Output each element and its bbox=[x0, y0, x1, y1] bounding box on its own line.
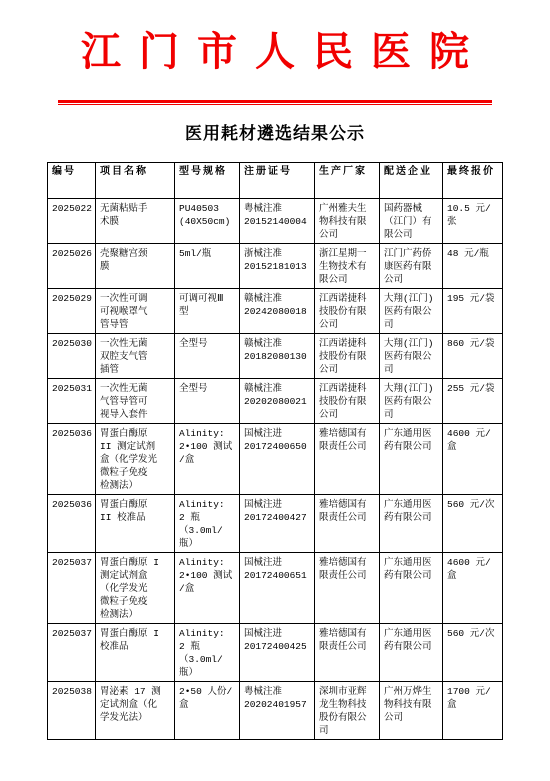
column-header-number: 编号 bbox=[48, 163, 96, 199]
final-price-cell: 4600 元/ 盒 bbox=[443, 553, 503, 624]
final-price-cell: 10.5 元/ 张 bbox=[443, 199, 503, 244]
final-price-cell: 560 元/次 bbox=[443, 495, 503, 553]
table-row: 2025038 胃泌素 17 测 定试剂盒（化 学发光法） 2•50 人份/ 盒… bbox=[48, 682, 503, 740]
manufacturer-cell: 广州雅夫生 物科技有限 公司 bbox=[315, 199, 380, 244]
final-price-cell: 195 元/袋 bbox=[443, 289, 503, 334]
distributor-cell: 广东通用医 药有限公司 bbox=[380, 553, 443, 624]
table-row: 2025036 胃蛋白酶原 II 校准品 Alinity: 2 瓶 （3.0ml… bbox=[48, 495, 503, 553]
model-spec-cell: Alinity: 2 瓶 （3.0ml/ 瓶） bbox=[175, 624, 240, 682]
project-name-cell: 一次性无菌 气管导管可 视导入套件 bbox=[96, 379, 175, 424]
registration-number-cell: 浙械注准 20152181013 bbox=[240, 244, 315, 289]
column-header-final-price: 最终报价 bbox=[443, 163, 503, 199]
manufacturer-cell: 江西诺捷科 技股份有限 公司 bbox=[315, 334, 380, 379]
manufacturer-cell: 雅培德国有 限责任公司 bbox=[315, 495, 380, 553]
registration-number-cell: 赣械注准 20182080130 bbox=[240, 334, 315, 379]
model-spec-cell: 5ml/瓶 bbox=[175, 244, 240, 289]
final-price-cell: 48 元/瓶 bbox=[443, 244, 503, 289]
final-price-cell: 560 元/次 bbox=[443, 624, 503, 682]
registration-number-cell: 国械注进 20172400650 bbox=[240, 424, 315, 495]
distributor-cell: 大翔(江门) 医药有限公 司 bbox=[380, 289, 443, 334]
registration-number-cell: 赣械注准 20202080021 bbox=[240, 379, 315, 424]
final-price-cell: 4600 元/ 盒 bbox=[443, 424, 503, 495]
final-price-cell: 860 元/袋 bbox=[443, 334, 503, 379]
manufacturer-cell: 雅培德国有 限责任公司 bbox=[315, 553, 380, 624]
item-number-cell: 2025030 bbox=[48, 334, 96, 379]
table-header-row: 编号 项目名称 型号规格 注册证号 生产厂家 配送企业 最终报价 bbox=[48, 163, 503, 199]
item-number-cell: 2025031 bbox=[48, 379, 96, 424]
table-row: 2025037 胃蛋白酶原 I 测定试剂盒 （化学发光 微粒子免疫 检测法） A… bbox=[48, 553, 503, 624]
model-spec-cell: 可调可视Ⅲ 型 bbox=[175, 289, 240, 334]
item-number-cell: 2025022 bbox=[48, 199, 96, 244]
table-row: 2025029 一次性可调 可视喉罩气 管导管 可调可视Ⅲ 型 赣械注准 202… bbox=[48, 289, 503, 334]
registration-number-cell: 国械注进 20172400425 bbox=[240, 624, 315, 682]
model-spec-cell: PU40503 (40X50cm) bbox=[175, 199, 240, 244]
column-header-model-spec: 型号规格 bbox=[175, 163, 240, 199]
distributor-cell: 大翔(江门) 医药有限公 司 bbox=[380, 379, 443, 424]
project-name-cell: 胃蛋白酶原 I 测定试剂盒 （化学发光 微粒子免疫 检测法） bbox=[96, 553, 175, 624]
distributor-cell: 大翔(江门) 医药有限公 司 bbox=[380, 334, 443, 379]
registration-number-cell: 国械注进 20172400427 bbox=[240, 495, 315, 553]
announcement-title: 医用耗材遴选结果公示 bbox=[0, 123, 550, 145]
table-row: 2025030 一次性无菌 双腔支气管 插管 全型号 赣械注准 20182080… bbox=[48, 334, 503, 379]
column-header-manufacturer: 生产厂家 bbox=[315, 163, 380, 199]
project-name-cell: 壳聚糖宫颈 膜 bbox=[96, 244, 175, 289]
red-divider bbox=[58, 100, 492, 105]
distributor-cell: 广州万烨生 物科技有限 公司 bbox=[380, 682, 443, 740]
model-spec-cell: 2•50 人份/ 盒 bbox=[175, 682, 240, 740]
registration-number-cell: 赣械注准 20242080018 bbox=[240, 289, 315, 334]
project-name-cell: 胃蛋白酶原 I 校准品 bbox=[96, 624, 175, 682]
hospital-title: 江门市人民医院 bbox=[0, 0, 550, 76]
item-number-cell: 2025037 bbox=[48, 624, 96, 682]
table-row: 2025037 胃蛋白酶原 I 校准品 Alinity: 2 瓶 （3.0ml/… bbox=[48, 624, 503, 682]
table-row: 2025036 胃蛋白酶原 II 测定试剂 盒（化学发光 微粒子免疫 检测法） … bbox=[48, 424, 503, 495]
table-row: 2025026 壳聚糖宫颈 膜 5ml/瓶 浙械注准 20152181013 浙… bbox=[48, 244, 503, 289]
project-name-cell: 一次性可调 可视喉罩气 管导管 bbox=[96, 289, 175, 334]
model-spec-cell: Alinity: 2•100 测试 /盒 bbox=[175, 424, 240, 495]
column-header-distributor: 配送企业 bbox=[380, 163, 443, 199]
table-row: 2025022 无菌粘贴手 术膜 PU40503 (40X50cm) 粤械注准 … bbox=[48, 199, 503, 244]
project-name-cell: 胃蛋白酶原 II 测定试剂 盒（化学发光 微粒子免疫 检测法） bbox=[96, 424, 175, 495]
final-price-cell: 255 元/袋 bbox=[443, 379, 503, 424]
document-page: 江门市人民医院 医用耗材遴选结果公示 编号 项目名称 型号规格 注册证号 生产厂… bbox=[0, 0, 550, 781]
project-name-cell: 胃泌素 17 测 定试剂盒（化 学发光法） bbox=[96, 682, 175, 740]
model-spec-cell: Alinity: 2•100 测试 /盒 bbox=[175, 553, 240, 624]
column-header-registration-no: 注册证号 bbox=[240, 163, 315, 199]
manufacturer-cell: 江西诺捷科 技股份有限 公司 bbox=[315, 289, 380, 334]
model-spec-cell: 全型号 bbox=[175, 379, 240, 424]
model-spec-cell: 全型号 bbox=[175, 334, 240, 379]
project-name-cell: 胃蛋白酶原 II 校准品 bbox=[96, 495, 175, 553]
item-number-cell: 2025038 bbox=[48, 682, 96, 740]
manufacturer-cell: 雅培德国有 限责任公司 bbox=[315, 424, 380, 495]
item-number-cell: 2025026 bbox=[48, 244, 96, 289]
item-number-cell: 2025037 bbox=[48, 553, 96, 624]
registration-number-cell: 粤械注准 20152140004 bbox=[240, 199, 315, 244]
distributor-cell: 广东通用医 药有限公司 bbox=[380, 624, 443, 682]
item-number-cell: 2025036 bbox=[48, 495, 96, 553]
manufacturer-cell: 雅培德国有 限责任公司 bbox=[315, 624, 380, 682]
item-number-cell: 2025036 bbox=[48, 424, 96, 495]
column-header-project-name: 项目名称 bbox=[96, 163, 175, 199]
manufacturer-cell: 江西诺捷科 技股份有限 公司 bbox=[315, 379, 380, 424]
item-number-cell: 2025029 bbox=[48, 289, 96, 334]
registration-number-cell: 粤械注准 20202401957 bbox=[240, 682, 315, 740]
red-divider-thick-line bbox=[58, 100, 492, 103]
project-name-cell: 一次性无菌 双腔支气管 插管 bbox=[96, 334, 175, 379]
distributor-cell: 国药器械 （江门）有 限公司 bbox=[380, 199, 443, 244]
distributor-cell: 江门广药侨 康医药有限 公司 bbox=[380, 244, 443, 289]
manufacturer-cell: 浙江星期一 生物技术有 限公司 bbox=[315, 244, 380, 289]
distributor-cell: 广东通用医 药有限公司 bbox=[380, 424, 443, 495]
registration-number-cell: 国械注进 20172400651 bbox=[240, 553, 315, 624]
project-name-cell: 无菌粘贴手 术膜 bbox=[96, 199, 175, 244]
red-divider-thin-line bbox=[58, 104, 492, 105]
results-table: 编号 项目名称 型号规格 注册证号 生产厂家 配送企业 最终报价 2025022… bbox=[47, 162, 503, 740]
manufacturer-cell: 深圳市亚辉 龙生物科技 股份有限公 司 bbox=[315, 682, 380, 740]
model-spec-cell: Alinity: 2 瓶 （3.0ml/ 瓶） bbox=[175, 495, 240, 553]
final-price-cell: 1700 元/ 盒 bbox=[443, 682, 503, 740]
distributor-cell: 广东通用医 药有限公司 bbox=[380, 495, 443, 553]
table-row: 2025031 一次性无菌 气管导管可 视导入套件 全型号 赣械注准 20202… bbox=[48, 379, 503, 424]
